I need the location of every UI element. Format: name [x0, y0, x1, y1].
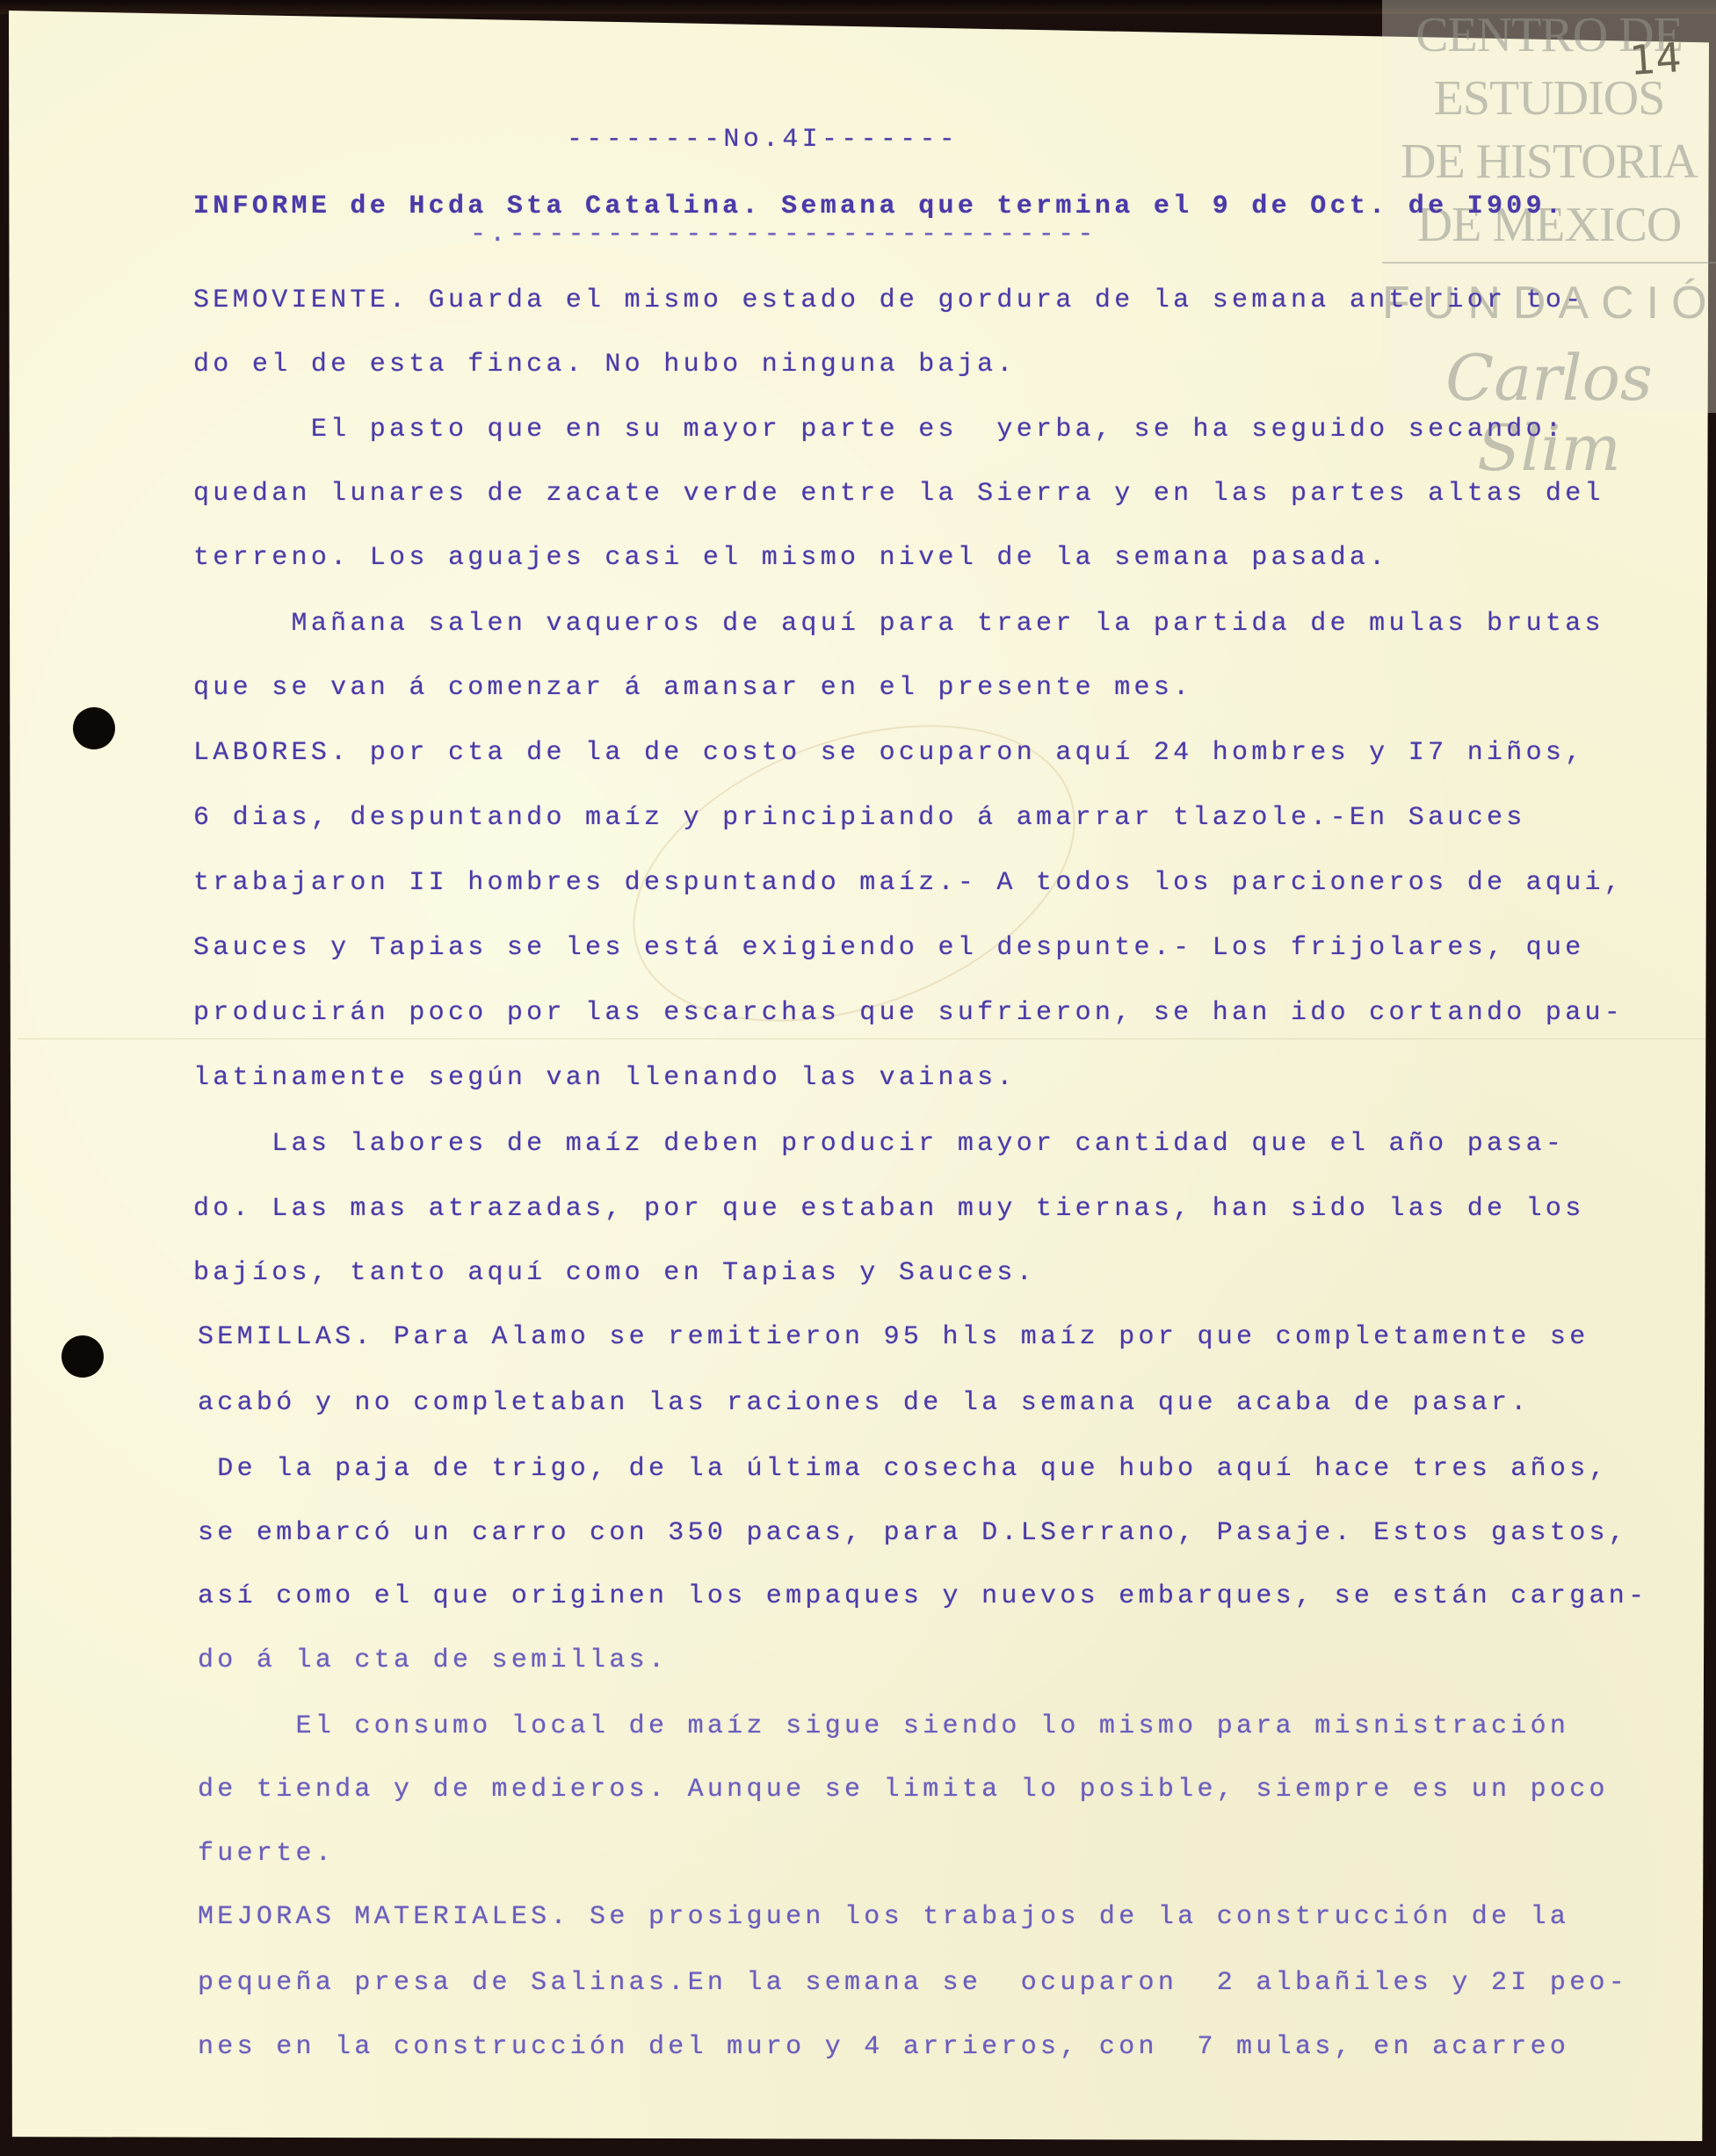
- body-text-line: 6 dias, despuntando maíz y principiando …: [193, 803, 1526, 833]
- body-text-line: se embarcó un carro con 350 pacas, para …: [198, 1518, 1628, 1548]
- body-text-line: quedan lunares de zacate verde entre la …: [193, 479, 1604, 509]
- body-text-line: así como el que originen los empaques y …: [198, 1581, 1647, 1611]
- section-heading-line: SEMILLAS. Para Alamo se remitieron 95 hl…: [198, 1322, 1589, 1352]
- watermark-signature: Carlos Slim: [1382, 343, 1716, 483]
- body-text-line: Sauces y Tapias se les está exigiendo el…: [193, 933, 1585, 963]
- body-text-line: El consumo local de maíz sigue siendo lo…: [198, 1711, 1569, 1741]
- body-text-line: Las labores de maíz deben producir mayor…: [193, 1129, 1565, 1159]
- body-text-line: bajíos, tanto aquí como en Tapias y Sauc…: [193, 1258, 1036, 1288]
- body-text-line: terreno. Los aguajes casi el mismo nivel…: [193, 543, 1388, 573]
- body-text-line: El pasto que en su mayor parte es yerba,…: [193, 415, 1565, 445]
- section-heading-line: SEMOVIENTE. Guarda el mismo estado de go…: [193, 286, 1585, 315]
- body-text-line: que se van á comenzar á amansar en el pr…: [193, 673, 1192, 703]
- body-text-line: Mañana salen vaqueros de aquí para traer…: [193, 609, 1604, 639]
- body-text-line: trabajaron II hombres despuntando maíz.-…: [193, 868, 1624, 898]
- section-heading-line: LABORES. por cta de la de costo se ocupa…: [193, 738, 1585, 768]
- body-text-line: de tienda y de medieros. Aunque se limit…: [198, 1775, 1609, 1805]
- body-text-line: fuerte.: [198, 1839, 335, 1869]
- body-text-line: do el de esta finca. No hubo ninguna baj…: [193, 350, 1017, 380]
- body-text-line: nes en la construcción del muro y 4 arri…: [198, 2032, 1569, 2062]
- body-text-line: producirán poco por las escarchas que su…: [193, 998, 1624, 1028]
- body-text-line: latinamente según van llenando las vaina…: [193, 1063, 1017, 1093]
- document-title: INFORME de Hcda Sta Catalina. Semana que…: [193, 192, 1565, 221]
- punch-hole-top: [73, 707, 115, 749]
- body-text-line: acabó y no completaban las raciones de l…: [198, 1388, 1531, 1418]
- punch-hole-bottom: [62, 1335, 104, 1378]
- watermark-line: DE HISTORIA: [1382, 130, 1716, 193]
- body-text-line: do á la cta de semillas.: [198, 1646, 668, 1675]
- body-text-line: De la paja de trigo, de la última cosech…: [198, 1454, 1609, 1484]
- body-text-line: do. Las mas atrazadas, por que estaban m…: [193, 1194, 1585, 1224]
- title-underline: -.------------------------------: [470, 220, 1097, 250]
- handwritten-page-number: 14: [1628, 33, 1683, 84]
- paper-fold: [18, 1038, 1709, 1039]
- section-heading-line: MEJORAS MATERIALES. Se prosiguen los tra…: [198, 1902, 1569, 1932]
- body-text-line: pequeña presa de Salinas.En la semana se…: [198, 1968, 1628, 1998]
- document-number: --------No.4I-------: [567, 125, 959, 155]
